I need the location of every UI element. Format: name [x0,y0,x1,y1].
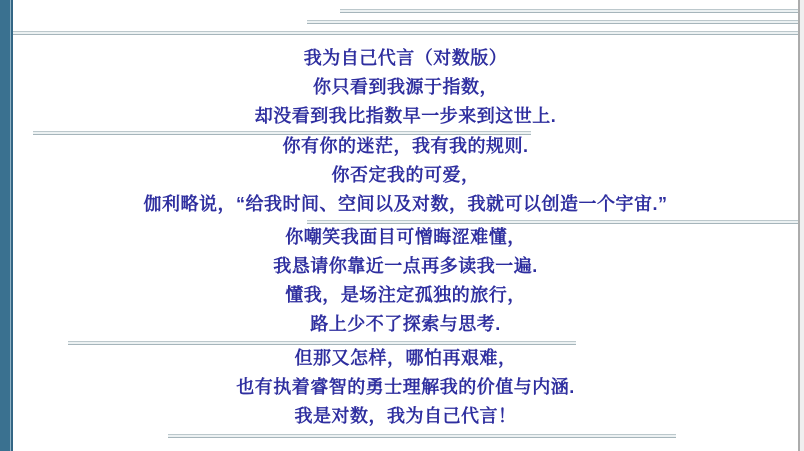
slide-text-line-6: 你嘲笑我面目可憎晦涩难懂， [13,227,798,248]
divider-line-section-3 [68,341,576,345]
divider-line-section-1 [33,131,531,135]
slide-text-line-4: 你否定我的可爱， [13,165,798,186]
right-edge-margin [800,0,804,451]
slide-text-line-2: 却没看到我比指数早一步来到这世上. [13,106,798,127]
divider-line-section-2 [307,220,798,224]
slide-text-line-7: 我恳请你靠近一点再多读我一遍. [13,256,798,277]
slide-text-line-11: 也有执着睿智的勇士理解我的价值与内涵. [13,377,798,398]
slide-text-line-5: 伽利略说，“给我时间、空间以及对数，我就可以创造一个宇宙.” [13,194,798,215]
slide-text-line-10: 但那又怎样，哪怕再艰难， [13,348,798,369]
slide-text-line-3: 你有你的迷茫，我有我的规则. [13,136,798,157]
slide-text-line-12: 我是对数，我为自己代言！ [13,406,798,427]
divider-line-footer [168,434,676,438]
left-border-decoration [0,0,14,451]
presentation-slide: 我为自己代言（对数版） 你只看到我源于指数， 却没看到我比指数早一步来到这世上.… [0,0,804,451]
slide-title: 我为自己代言（对数版） [13,48,798,69]
divider-line-top-2 [307,20,798,24]
divider-line-header [13,31,798,35]
slide-text-line-9: 路上少不了探索与思考. [13,314,798,335]
slide-text-line-1: 你只看到我源于指数， [13,77,798,98]
divider-line-top-1 [340,9,798,13]
slide-text-line-8: 懂我，是场注定孤独的旅行， [13,285,798,306]
